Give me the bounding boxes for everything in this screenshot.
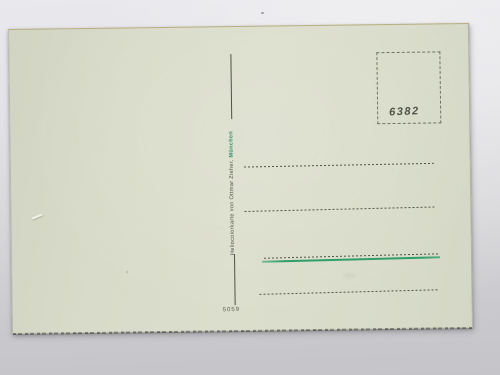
divider-line-bottom (234, 254, 236, 305)
photo-background: 6382 Heliocolorkarte von Ottmar Zieher, … (0, 0, 500, 375)
divider-line-top (230, 54, 232, 119)
paper-speck (126, 271, 128, 272)
print-code: 5059 (223, 307, 241, 314)
publisher-imprint: Heliocolorkarte von Ottmar Zieher, Münch… (226, 119, 238, 255)
address-line-4 (260, 289, 440, 295)
stamp-box-number: 6382 (389, 105, 420, 118)
publisher-imprint-text: Heliocolorkarte von Ottmar Zieher, (229, 158, 236, 256)
background-speck (261, 12, 264, 14)
postcard-back: 6382 Heliocolorkarte von Ottmar Zieher, … (8, 23, 473, 334)
deckled-bottom-edge (13, 327, 472, 335)
publisher-imprint-city: München (228, 131, 234, 158)
address-line-1 (244, 163, 434, 168)
paper-smudge (342, 273, 356, 277)
address-line-2 (244, 206, 434, 211)
paper-crease (32, 214, 43, 220)
stamp-box: 6382 (376, 51, 441, 124)
